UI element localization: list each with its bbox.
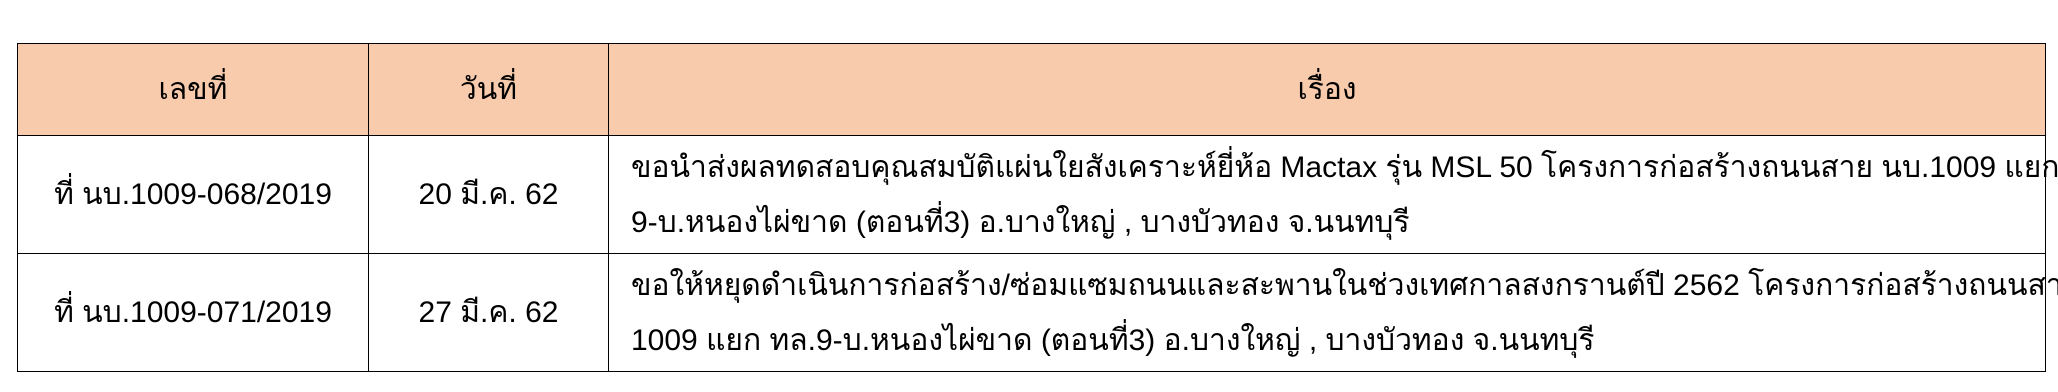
- subject-line-1: ขอนำส่งผลทดสอบคุณสมบัติแผ่นใยสังเคราะห์ย…: [631, 140, 2027, 195]
- col-header-number: เลขที่: [18, 44, 369, 136]
- cell-number: ที่ นบ.1009-071/2019: [18, 254, 369, 372]
- col-header-subject: เรื่อง: [609, 44, 2046, 136]
- subject-line-1: ขอให้หยุดดำเนินการก่อสร้าง/ซ่อมแซมถนนและ…: [631, 258, 2027, 313]
- cell-subject: ขอให้หยุดดำเนินการก่อสร้าง/ซ่อมแซมถนนและ…: [609, 254, 2046, 372]
- cell-subject: ขอนำส่งผลทดสอบคุณสมบัติแผ่นใยสังเคราะห์ย…: [609, 136, 2046, 254]
- cell-date: 20 มี.ค. 62: [369, 136, 609, 254]
- document-page: เลขที่ วันที่ เรื่อง ที่ นบ.1009-068/201…: [0, 0, 2058, 392]
- subject-line-2: 9-บ.หนองไผ่ขาด (ตอนที่3) อ.บางใหญ่ , บาง…: [631, 195, 2027, 250]
- cell-date: 27 มี.ค. 62: [369, 254, 609, 372]
- subject-line-2: 1009 แยก ทล.9-บ.หนองไผ่ขาด (ตอนที่3) อ.บ…: [631, 313, 2027, 368]
- header-row: เลขที่ วันที่ เรื่อง: [18, 44, 2046, 136]
- cell-number: ที่ นบ.1009-068/2019: [18, 136, 369, 254]
- table-row: ที่ นบ.1009-068/2019 20 มี.ค. 62 ขอนำส่ง…: [18, 136, 2046, 254]
- correspondence-table: เลขที่ วันที่ เรื่อง ที่ นบ.1009-068/201…: [17, 43, 2046, 372]
- col-header-date: วันที่: [369, 44, 609, 136]
- table-row: ที่ นบ.1009-071/2019 27 มี.ค. 62 ขอให้หย…: [18, 254, 2046, 372]
